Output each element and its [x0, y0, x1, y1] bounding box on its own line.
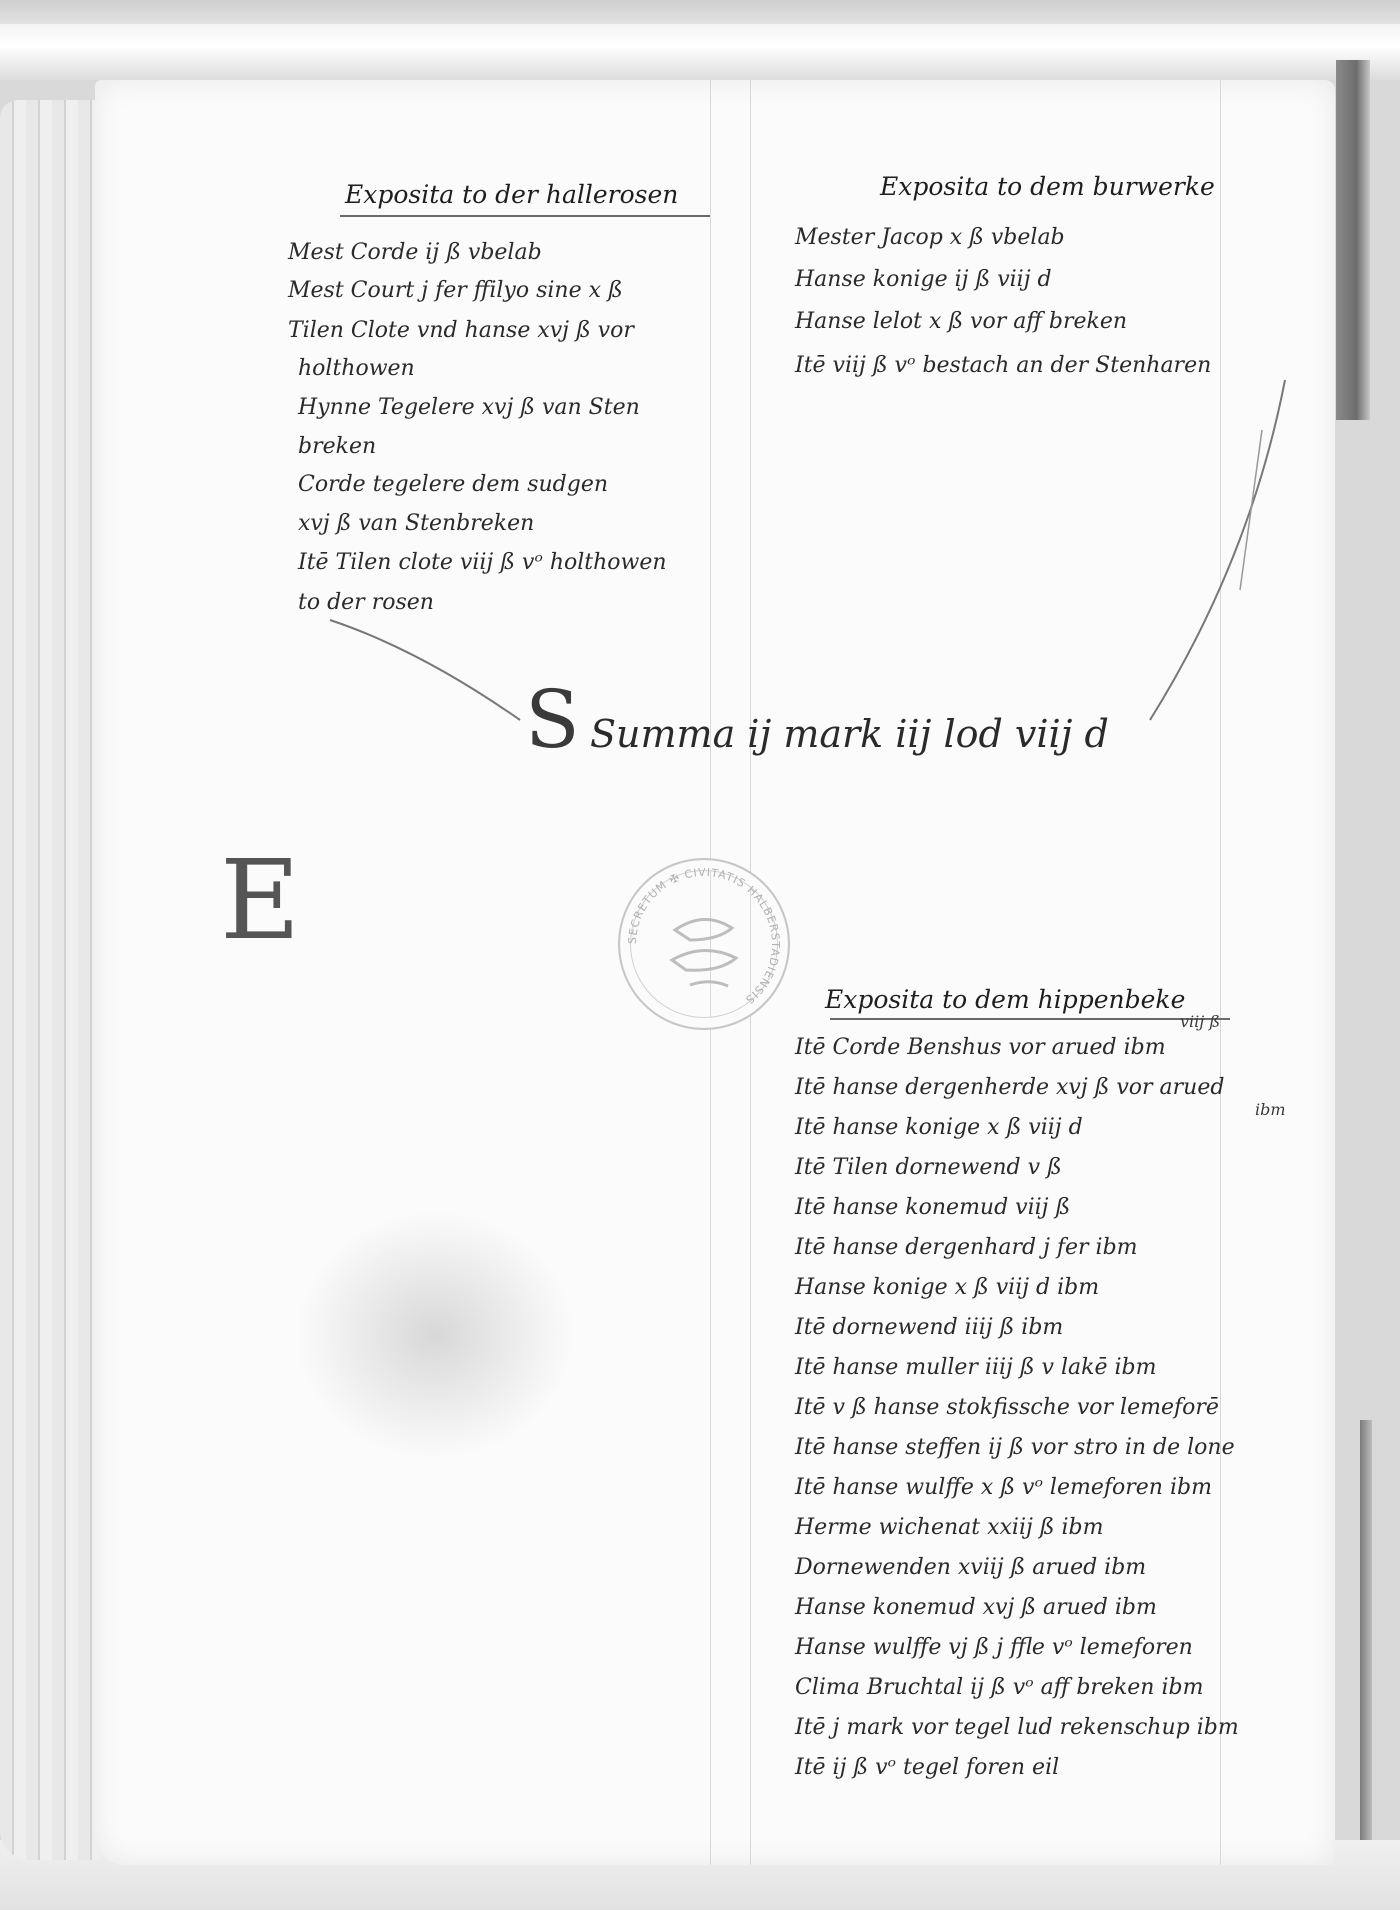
- section-heading-hippenbeke: Exposita to dem hippenbeke: [825, 985, 1185, 1014]
- margin-mark-e: E: [220, 845, 300, 955]
- marginal-note: viij ß: [1180, 1012, 1220, 1031]
- entry-line: Hanse konige x ß viij d ibm: [795, 1275, 1099, 1300]
- entry-line: Itē hanse wulffe x ß vᵒ lemeforen ibm: [795, 1475, 1212, 1500]
- entry-line: Herme wichenat xxiij ß ibm: [795, 1515, 1103, 1540]
- summa-total: Summa ij mark iij lod viij d: [590, 712, 1109, 756]
- entry-line: Itē ij ß vᵒ tegel foren eil: [795, 1755, 1059, 1780]
- entry-line: Itē hanse konemud viij ß: [795, 1195, 1070, 1220]
- seal-inscription: SECRETUM ✠ CIVITATIS HALBERSTADIENSIS: [626, 866, 782, 1007]
- decorated-initial-s: S: [525, 680, 580, 760]
- lion-emblem-icon: [672, 919, 736, 986]
- entry-line: Itē hanse dergenherde xvj ß vor arued: [795, 1075, 1224, 1100]
- entry-line: Clima Bruchtal ij ß vᵒ aff breken ibm: [795, 1675, 1203, 1700]
- marginal-note: ibm: [1255, 1100, 1286, 1119]
- entry-line: Itē dornewend iiij ß ibm: [795, 1315, 1063, 1340]
- entry-line: Itē hanse dergenhard j fer ibm: [795, 1235, 1138, 1260]
- entry-line: Itē hanse steffen ij ß vor stro in de lo…: [795, 1435, 1235, 1460]
- entry-line: Itē hanse konige x ß viij d: [795, 1115, 1083, 1140]
- city-seal-stamp: SECRETUM ✠ CIVITATIS HALBERSTADIENSIS: [618, 858, 790, 1030]
- entry-line: Hanse wulffe vj ß j ffle vᵒ lemeforen: [795, 1635, 1193, 1660]
- entry-line: Itē Corde Benshus vor arued ibm: [795, 1035, 1166, 1060]
- entry-line: Dornewenden xviij ß arued ibm: [795, 1555, 1146, 1580]
- entry-line: Hanse konemud xvj ß arued ibm: [795, 1595, 1157, 1620]
- entry-line: Itē Tilen dornewend v ß: [795, 1155, 1062, 1180]
- svg-text:SECRETUM ✠ CIVITATIS HALBERSTA: SECRETUM ✠ CIVITATIS HALBERSTADIENSIS: [626, 866, 782, 1007]
- entry-line: Itē j mark vor tegel lud rekenschup ibm: [795, 1715, 1239, 1740]
- heading-underline: [830, 1018, 1230, 1020]
- entry-line: Itē hanse muller iiij ß v lakē ibm: [795, 1355, 1156, 1380]
- entry-line: Itē v ß hanse stokfissche vor lemeforē: [795, 1395, 1219, 1420]
